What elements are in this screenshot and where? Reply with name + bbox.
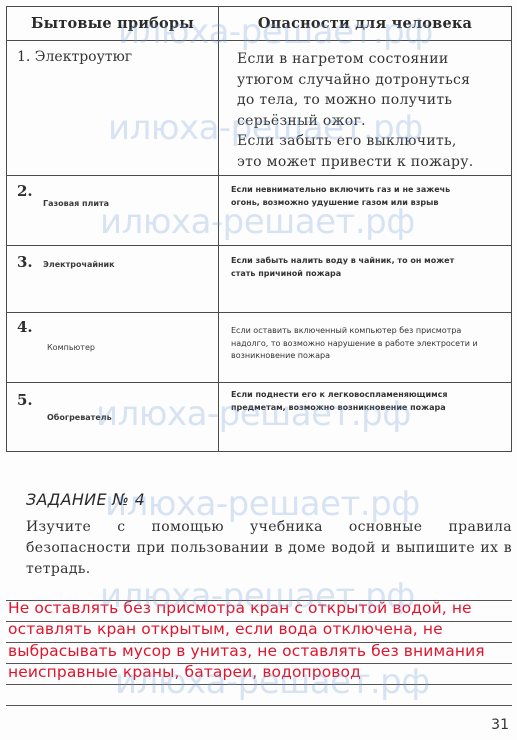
row-number: 3.: [17, 253, 33, 271]
danger-text: Если забыть налить воду в чайник, то он …: [231, 255, 511, 280]
danger-text: Если невнимательно включить газ и не заж…: [231, 184, 511, 209]
workbook-page: Бытовые приборы Опасности для человека 1…: [0, 0, 517, 740]
column-header-appliances: Бытовые приборы: [7, 7, 219, 40]
danger-cell: Если невнимательно включить газ и не заж…: [219, 176, 511, 245]
danger-line: стать причиной пожара: [231, 268, 511, 281]
danger-line: Если оставить включенный компьютер без п…: [231, 325, 501, 338]
danger-line: Если невнимательно включить газ и не заж…: [231, 184, 511, 197]
danger-cell: Если поднести его к легковоспламеняющимс…: [219, 383, 511, 451]
device-cell: 3. Электрочайник: [7, 246, 219, 312]
danger-line: надолго, то возможно нарушение в работе …: [231, 338, 501, 351]
device-name: Обогреватель: [47, 413, 112, 422]
danger-line: это может привести к пожару.: [237, 152, 474, 173]
row-number: 2.: [17, 182, 33, 200]
ruled-line: [6, 684, 512, 685]
device-cell: 4. Компьютер: [7, 313, 219, 382]
answer-line: Не оставлять без присмотра кран с открыт…: [8, 599, 472, 617]
table-row: 1. Электроутюг Если в нагретом состоянии…: [6, 41, 512, 176]
danger-line: Если забыть его выключить,: [237, 131, 474, 152]
danger-line: возникновение пожара: [231, 350, 501, 363]
table-row: 5. Обогреватель Если поднести его к легк…: [6, 383, 512, 452]
task-heading: ЗАДАНИЕ № 4: [26, 490, 145, 509]
danger-cell: Если оставить включенный компьютер без п…: [219, 313, 511, 382]
row-number: 4.: [17, 318, 33, 336]
danger-cell: Если в нагретом состоянии утюгом случайн…: [219, 41, 511, 175]
device-cell: 5. Обогреватель: [7, 383, 219, 451]
device-cell: 2. Газовая плита: [7, 176, 219, 245]
danger-cell: Если забыть налить воду в чайник, то он …: [219, 246, 511, 312]
danger-line: предметам, возможно возникновение пожара: [231, 402, 511, 415]
device-name: Электрочайник: [43, 260, 115, 269]
danger-text: Если в нагретом состоянии утюгом случайн…: [237, 49, 474, 172]
table-row: 3. Электрочайник Если забыть налить воду…: [6, 246, 512, 313]
table-row: 2. Газовая плита Если невнимательно вклю…: [6, 176, 512, 246]
page-number: 31: [491, 717, 509, 733]
table-header-row: Бытовые приборы Опасности для человека: [6, 6, 512, 41]
device-name: 1. Электроутюг: [17, 49, 132, 65]
answer-line: оставлять кран открытым, если вода отклю…: [8, 620, 443, 638]
danger-line: утюгом случайно дотронуться: [237, 70, 474, 91]
answer-line: неисправные краны, батареи, водопровод: [8, 663, 361, 681]
table-row: 4. Компьютер Если оставить включенный ко…: [6, 313, 512, 383]
danger-line: серьёзный ожог.: [237, 111, 474, 132]
task-instructions: Изучите с помощью учебника основные прав…: [26, 517, 512, 580]
answer-line: выбрасывать мусор в унитаз, не оставлять…: [8, 642, 485, 660]
device-cell: 1. Электроутюг: [7, 41, 219, 175]
danger-text: Если оставить включенный компьютер без п…: [231, 325, 501, 363]
danger-line: Если поднести его к легковоспламеняющимс…: [231, 389, 511, 402]
danger-line: огонь, возможно удушение газом или взрыв: [231, 197, 511, 210]
device-name: Компьютер: [47, 343, 95, 352]
danger-line: до тела, то можно получить: [237, 90, 474, 111]
danger-text: Если поднести его к легковоспламеняющимс…: [231, 389, 511, 414]
ruled-line: [6, 705, 512, 706]
column-header-dangers: Опасности для человека: [219, 7, 511, 40]
danger-line: Если в нагретом состоянии: [237, 49, 474, 70]
device-name: Газовая плита: [43, 199, 109, 208]
row-number: 5.: [17, 391, 33, 409]
danger-line: Если забыть налить воду в чайник, то он …: [231, 255, 511, 268]
